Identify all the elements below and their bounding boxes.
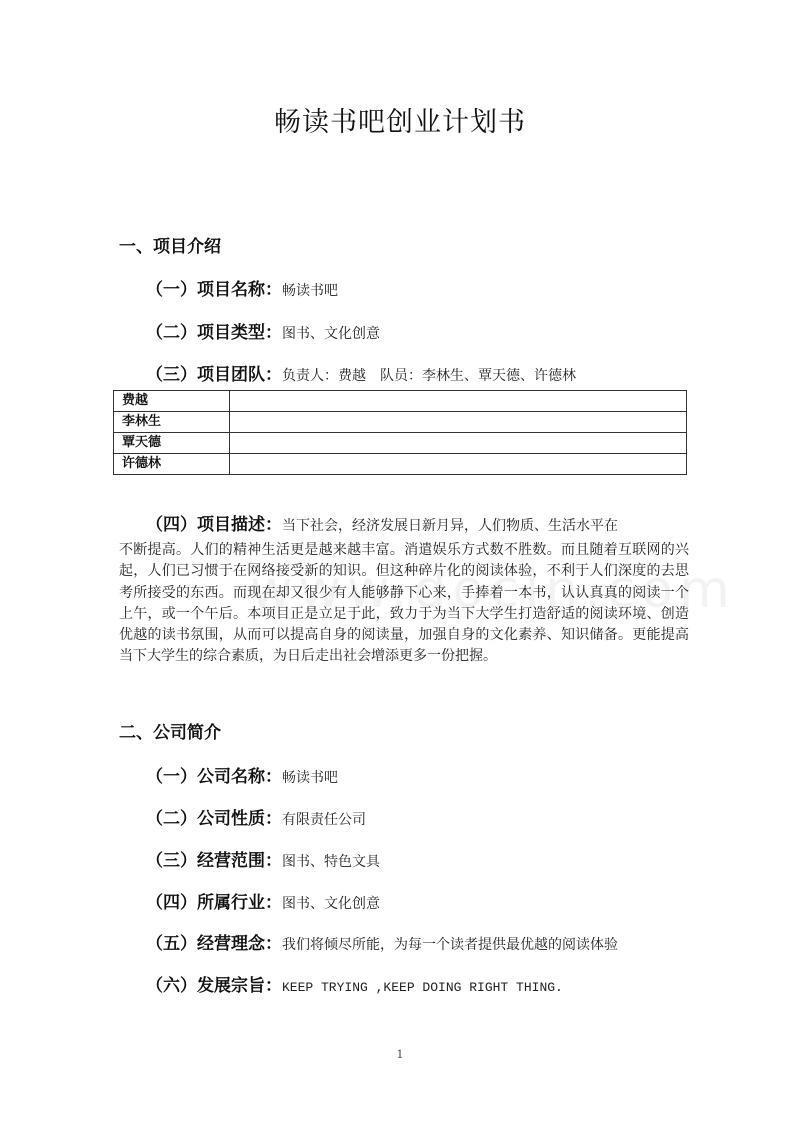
team-member-detail (230, 433, 687, 454)
project-type-label: （二）项目类型： (146, 323, 282, 343)
company-name-label: （一）公司名称： (146, 767, 282, 787)
table-row: 费越 (114, 391, 687, 412)
project-team-item: （三）项目团队：负责人：费越 队员：李林生、覃天德、许德林 (146, 360, 576, 385)
project-description-body: 不断提高。人们的精神生活更是越来越丰富。消遣娱乐方式数不胜数。而且随着互联网的兴… (119, 540, 689, 668)
section-heading-project-intro: 一、项目介绍 (119, 232, 221, 257)
project-type-item: （二）项目类型：图书、文化创意 (146, 318, 380, 343)
project-description-item: （四）项目描述：当下社会，经济发展日新月异，人们物质、生活水平在 (146, 510, 618, 535)
development-motto-label: （六）发展宗旨： (146, 976, 282, 996)
project-name-value: 畅读书吧 (282, 283, 338, 299)
industry-value: 图书、文化创意 (282, 896, 380, 912)
company-nature-value: 有限责任公司 (282, 812, 366, 828)
business-philosophy-value: 我们将倾尽所能，为每一个读者提供最优越的阅读体验 (282, 937, 618, 953)
team-member-name: 费越 (114, 391, 230, 412)
business-philosophy-label: （五）经营理念： (146, 934, 282, 954)
document-title: 畅读书吧创业计划书 (0, 100, 800, 139)
project-type-value: 图书、文化创意 (282, 326, 380, 342)
team-member-detail (230, 454, 687, 475)
section-heading-company-intro: 二、公司简介 (119, 718, 221, 743)
business-scope-value: 图书、特色文具 (282, 854, 380, 870)
business-scope-item: （三）经营范围：图书、特色文具 (146, 846, 380, 871)
development-motto-item: （六）发展宗旨：KEEP TRYING ,KEEP DOING RIGHT TH… (146, 971, 563, 996)
team-member-detail (230, 391, 687, 412)
company-nature-label: （二）公司性质： (146, 809, 282, 829)
business-scope-label: （三）经营范围： (146, 851, 282, 871)
team-table: 费越 李林生 覃天德 许德林 (113, 390, 687, 475)
project-name-label: （一）项目名称： (146, 280, 282, 300)
team-member-name: 许德林 (114, 454, 230, 475)
industry-item: （四）所属行业：图书、文化创意 (146, 888, 380, 913)
project-description-label: （四）项目描述： (146, 515, 282, 535)
table-row: 许德林 (114, 454, 687, 475)
project-description-first-line: 当下社会，经济发展日新月异，人们物质、生活水平在 (282, 518, 618, 534)
company-nature-item: （二）公司性质：有限责任公司 (146, 804, 366, 829)
table-row: 覃天德 (114, 433, 687, 454)
document-page: www.docin.com 畅读书吧创业计划书 一、项目介绍 （一）项目名称：畅… (0, 0, 800, 1132)
project-team-label: （三）项目团队： (146, 365, 282, 385)
company-name-value: 畅读书吧 (282, 770, 338, 786)
industry-label: （四）所属行业： (146, 893, 282, 913)
project-name-item: （一）项目名称：畅读书吧 (146, 275, 338, 300)
team-member-name: 覃天德 (114, 433, 230, 454)
table-row: 李林生 (114, 412, 687, 433)
development-motto-value: KEEP TRYING ,KEEP DOING RIGHT THING. (282, 980, 563, 995)
team-member-name: 李林生 (114, 412, 230, 433)
project-team-value: 负责人：费越 队员：李林生、覃天德、许德林 (282, 368, 576, 384)
team-member-detail (230, 412, 687, 433)
company-name-item: （一）公司名称：畅读书吧 (146, 762, 338, 787)
page-number: 1 (0, 1048, 800, 1061)
business-philosophy-item: （五）经营理念：我们将倾尽所能，为每一个读者提供最优越的阅读体验 (146, 929, 618, 954)
